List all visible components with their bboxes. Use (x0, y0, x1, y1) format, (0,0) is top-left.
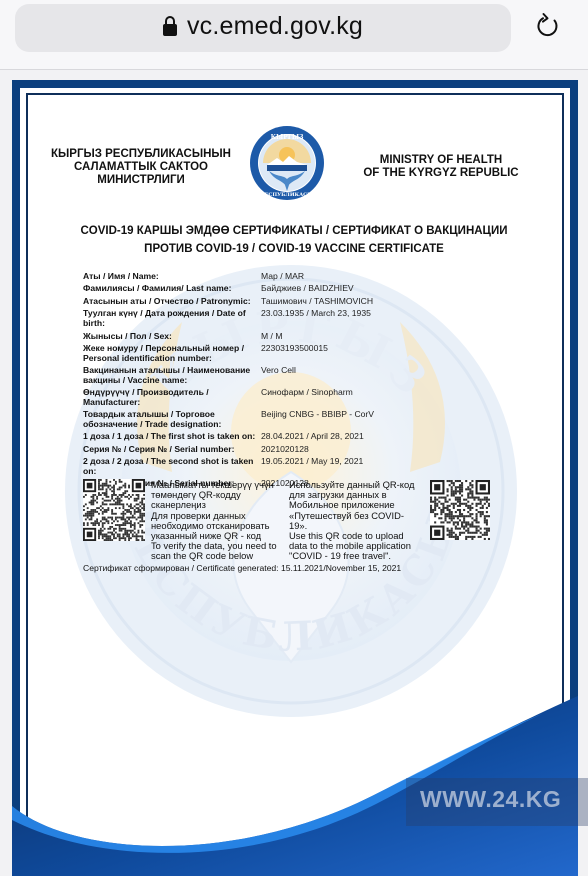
field-label: 1 доза / 1 доза / The first shot is take… (83, 432, 261, 442)
reload-icon[interactable] (534, 12, 562, 40)
kyrgyz-emblem-icon: КЫРГЫЗ РЕСПУБЛИКАСЫ (249, 125, 325, 201)
field-label: Өндүрүүчү / Производитель / Manufacturer… (83, 388, 261, 407)
field-row: Туулган күнү / Дата рождения / Date of b… (83, 309, 503, 328)
field-value: Мар / MAR (261, 272, 304, 282)
field-row: Серия № / Серия № / Serial number:202102… (83, 445, 503, 455)
field-label: Жынысы / Пол / Sex: (83, 332, 261, 342)
field-label: Вакцинанын аталышы / Наименование вакцин… (83, 366, 261, 385)
field-row: Аты / Имя / Name:Мар / MAR (83, 272, 503, 282)
field-value: Байджиев / BAIDZHIEV (261, 284, 354, 294)
svg-text:КЫРГЫЗ: КЫРГЫЗ (271, 134, 304, 141)
field-row: Жынысы / Пол / Sex:M / M (83, 332, 503, 342)
field-value: Синофарм / Sinopharm (261, 388, 353, 407)
field-value: Vero Cell (261, 366, 296, 385)
certificate-title: COVID-19 КАРШЫ ЭМДӨӨ СЕРТИФИКАТЫ / СЕРТИ… (40, 222, 548, 258)
field-value: M / M (261, 332, 282, 342)
field-row: Фамилиясы / Фамилия/ Last name:Байджиев … (83, 284, 503, 294)
watermark-site-text: WWW.24.KG (420, 786, 561, 813)
field-row: 1 доза / 1 доза / The first shot is take… (83, 432, 503, 442)
field-label: 2 доза / 2 доза / The second shot is tak… (83, 457, 261, 476)
field-label: Туулган күнү / Дата рождения / Date of b… (83, 309, 261, 328)
field-label: Атасынын аты / Отчество / Patronymic: (83, 297, 261, 307)
field-value: 23.03.1935 / March 23, 1935 (261, 309, 371, 328)
field-row: Товардык аталышы / Торговое обозначение … (83, 410, 503, 429)
field-value: 2021020128 (261, 445, 309, 455)
lock-icon (163, 16, 177, 36)
field-value: 28.04.2021 / April 28, 2021 (261, 432, 364, 442)
field-label: Серия № / Серия № / Serial number: (83, 445, 261, 455)
field-label: Товардык аталышы / Торговое обозначение … (83, 410, 261, 429)
certificate-fields: Аты / Имя / Name:Мар / MAR Фамилиясы / Ф… (83, 272, 503, 492)
upload-qr-code[interactable] (430, 480, 490, 540)
field-value: Beijing CNBG - BBIBP - CorV (261, 410, 374, 429)
certificate-generated-date: Сертификат сформирован / Certificate gen… (83, 563, 401, 573)
field-value: 19.05.2021 / May 19, 2021 (261, 457, 363, 476)
url-text[interactable]: vc.emed.gov.kg (187, 12, 363, 41)
field-row: Өндүрүүчү / Производитель / Manufacturer… (83, 388, 503, 407)
qr-upload-instructions: Используйте данный QR-коддля загрузки да… (289, 480, 424, 562)
field-row: Вакцинанын аталышы / Наименование вакцин… (83, 366, 503, 385)
field-value: Ташимович / TASHIMOVICH (261, 297, 373, 307)
svg-text:РЕСПУБЛИКАСЫ: РЕСПУБЛИКАСЫ (261, 192, 313, 198)
ministry-name-kyrgyz: КЫРГЫЗ РЕСПУБЛИКАСЫНЫН САЛАМАТТЫК САКТОО… (36, 148, 246, 187)
field-row: 2 доза / 2 доза / The second shot is tak… (83, 457, 503, 476)
field-label: Фамилиясы / Фамилия/ Last name: (83, 284, 261, 294)
field-label: Аты / Имя / Name: (83, 272, 261, 282)
browser-toolbar: vc.emed.gov.kg (0, 0, 588, 70)
field-value: 22303193500015 (261, 344, 328, 363)
field-row: Жеке номуру / Персональный номер / Perso… (83, 344, 503, 363)
field-label: Жеке номуру / Персональный номер / Perso… (83, 344, 261, 363)
field-row: Атасынын аты / Отчество / Patronymic:Таш… (83, 297, 503, 307)
ministry-name-english: MINISTRY OF HEALTH OF THE KYRGYZ REPUBLI… (348, 154, 534, 180)
verify-qr-code[interactable] (83, 479, 145, 541)
qr-verify-instructions: Маалыматты текшерүү үчүнтөмөндөгү QR-код… (151, 480, 286, 562)
